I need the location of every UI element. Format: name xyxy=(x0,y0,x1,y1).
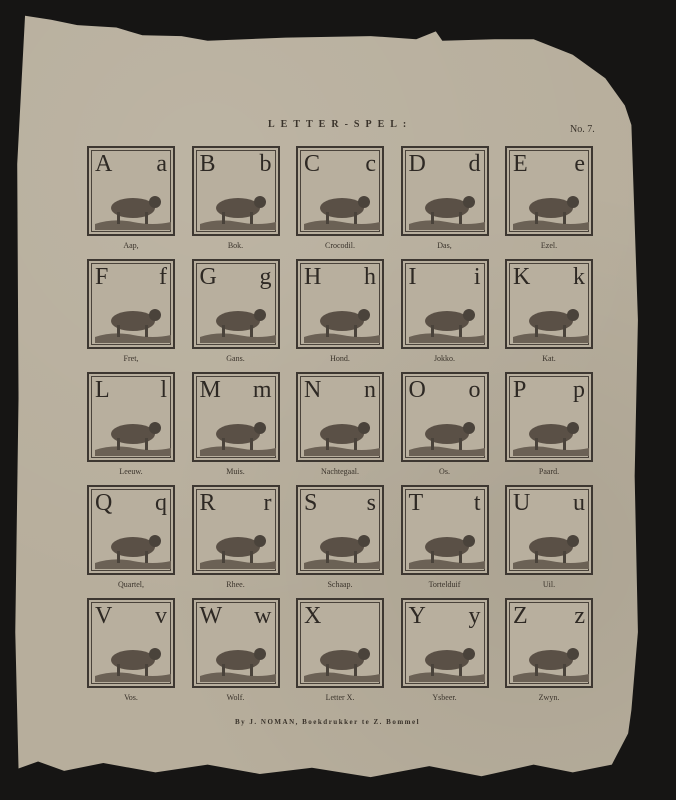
page-title: LETTER-SPEL: xyxy=(268,119,412,130)
uppercase-letter: V xyxy=(95,604,112,628)
caption: Leeuw. xyxy=(87,467,175,476)
uppercase-letter: U xyxy=(513,491,530,515)
letter-pair: Pp xyxy=(513,378,585,402)
lowercase-letter: k xyxy=(573,265,585,289)
letter-cell-p: PpPaard. xyxy=(505,372,597,485)
wolf-woodcut-icon xyxy=(198,630,278,682)
woodcut-frame: Uu xyxy=(505,485,593,575)
woodcut-frame: Ee xyxy=(505,146,593,236)
lowercase-letter: b xyxy=(260,152,272,176)
caption: Kat. xyxy=(505,354,593,363)
uppercase-letter: C xyxy=(304,152,320,176)
uppercase-letter: G xyxy=(200,265,217,289)
badger-woodcut-icon xyxy=(407,178,487,230)
uppercase-letter: P xyxy=(513,378,526,402)
letter-pair: Yy xyxy=(409,604,481,628)
cat-woodcut-icon xyxy=(511,291,591,343)
caption: Vos. xyxy=(87,693,175,702)
caption: Das, xyxy=(401,241,489,250)
caption: Bok. xyxy=(192,241,280,250)
letter-cell-h: HhHond. xyxy=(296,259,388,372)
letter-cell-u: UuUil. xyxy=(505,485,597,598)
woodcut-frame: Ll xyxy=(87,372,175,462)
letter-cell-l: LlLeeuw. xyxy=(87,372,179,485)
letter-cell-a: AaAap, xyxy=(87,146,179,259)
letter-pair: Hh xyxy=(304,265,376,289)
lowercase-letter: l xyxy=(160,378,167,402)
owl-woodcut-icon xyxy=(511,517,591,569)
uppercase-letter: M xyxy=(200,378,221,402)
letter-pair: Ii xyxy=(409,265,481,289)
letter-cell-z: ZzZwyn. xyxy=(505,598,597,711)
woodcut-frame: Ss xyxy=(296,485,384,575)
letter-cell-y: YyYsbeer. xyxy=(401,598,493,711)
grid-row: AaAap,BbBok.CcCrocodil.DdDas,EeEzel. xyxy=(87,146,597,259)
letter-cell-q: QqQuartel, xyxy=(87,485,179,598)
uppercase-letter: Y xyxy=(409,604,426,628)
lowercase-letter: y xyxy=(469,604,481,628)
goat-woodcut-icon xyxy=(198,178,278,230)
uppercase-letter: H xyxy=(304,265,321,289)
uppercase-letter: R xyxy=(200,491,216,515)
letter-pair: Uu xyxy=(513,491,585,515)
quail-woodcut-icon xyxy=(93,517,173,569)
mouse-trap-woodcut-icon xyxy=(198,404,278,456)
woodcut-frame: Ww xyxy=(192,598,280,688)
letter-pair: Vv xyxy=(95,604,167,628)
fox-woodcut-icon xyxy=(93,630,173,682)
lowercase-letter: g xyxy=(260,265,272,289)
lowercase-letter: z xyxy=(574,604,585,628)
lowercase-letter: o xyxy=(469,378,481,402)
pig-woodcut-icon xyxy=(511,630,591,682)
lowercase-letter: d xyxy=(469,152,481,176)
dog-woodcut-icon xyxy=(302,291,382,343)
letter-pair: Aa xyxy=(95,152,167,176)
letter-pair: Gg xyxy=(200,265,272,289)
caption: Ysbeer. xyxy=(401,693,489,702)
woodcut-frame: Aa xyxy=(87,146,175,236)
lowercase-letter: q xyxy=(155,491,167,515)
lion-woodcut-icon xyxy=(93,404,173,456)
letter-cell-e: EeEzel. xyxy=(505,146,597,259)
crocodile-woodcut-icon xyxy=(302,178,382,230)
lowercase-letter: r xyxy=(264,491,272,515)
caption: Uil. xyxy=(505,580,593,589)
letter-cell-x: XLetter X. xyxy=(296,598,388,711)
letter-pair: Rr xyxy=(200,491,272,515)
goose-woodcut-icon xyxy=(198,291,278,343)
lowercase-letter: u xyxy=(573,491,585,515)
woodcut-frame: Ff xyxy=(87,259,175,349)
ox-woodcut-icon xyxy=(407,404,487,456)
woodcut-frame: Ii xyxy=(401,259,489,349)
uppercase-letter: Q xyxy=(95,491,112,515)
letter-cell-i: IiJokko. xyxy=(401,259,493,372)
woodcut-frame: Gg xyxy=(192,259,280,349)
cherub-woodcut-icon xyxy=(302,630,382,682)
letter-cell-f: FfFret, xyxy=(87,259,179,372)
uppercase-letter: O xyxy=(409,378,426,402)
uppercase-letter: K xyxy=(513,265,530,289)
caption: Tortelduif xyxy=(401,580,489,589)
letter-pair: Nn xyxy=(304,378,376,402)
lowercase-letter: v xyxy=(155,604,167,628)
uppercase-letter: N xyxy=(304,378,321,402)
caption: Rhee. xyxy=(192,580,280,589)
letter-pair: Ll xyxy=(95,378,167,402)
letter-cell-d: DdDas, xyxy=(401,146,493,259)
lowercase-letter: t xyxy=(474,491,481,515)
letter-pair: Ff xyxy=(95,265,167,289)
uppercase-letter: E xyxy=(513,152,528,176)
letter-cell-b: BbBok. xyxy=(192,146,284,259)
lowercase-letter: i xyxy=(474,265,481,289)
woodcut-frame: Mm xyxy=(192,372,280,462)
uppercase-letter: T xyxy=(409,491,424,515)
lowercase-letter: h xyxy=(364,265,376,289)
sheep-woodcut-icon xyxy=(302,517,382,569)
caption: Jokko. xyxy=(401,354,489,363)
uppercase-letter: X xyxy=(304,604,321,628)
woodcut-frame: Nn xyxy=(296,372,384,462)
dove-woodcut-icon xyxy=(407,517,487,569)
letter-cell-s: SsSchaap. xyxy=(296,485,388,598)
letter-cell-c: CcCrocodil. xyxy=(296,146,388,259)
letter-pair: Cc xyxy=(304,152,376,176)
polar-bear-woodcut-icon xyxy=(407,630,487,682)
caption: Letter X. xyxy=(296,693,384,702)
uppercase-letter: F xyxy=(95,265,108,289)
woodcut-frame: Dd xyxy=(401,146,489,236)
letter-pair: Tt xyxy=(409,491,481,515)
caption: Paard. xyxy=(505,467,593,476)
caption: Gans. xyxy=(192,354,280,363)
horse-woodcut-icon xyxy=(511,404,591,456)
man-woodcut-icon xyxy=(407,291,487,343)
caption: Wolf. xyxy=(192,693,280,702)
uppercase-letter: D xyxy=(409,152,426,176)
caption: Fret, xyxy=(87,354,175,363)
letter-pair: Dd xyxy=(409,152,481,176)
woodcut-frame: Pp xyxy=(505,372,593,462)
lowercase-letter: f xyxy=(159,265,167,289)
ferret-woodcut-icon xyxy=(93,291,173,343)
woodcut-frame: Kk xyxy=(505,259,593,349)
caption: Muis. xyxy=(192,467,280,476)
woodcut-frame: Vv xyxy=(87,598,175,688)
lowercase-letter: w xyxy=(254,604,271,628)
grid-row: QqQuartel,RrRhee.SsSchaap.TtTortelduifUu… xyxy=(87,485,597,598)
letter-pair: Mm xyxy=(200,378,272,402)
grid-row: LlLeeuw.MmMuis.NnNachtegaal.OoOs.PpPaard… xyxy=(87,372,597,485)
woodcut-frame: Bb xyxy=(192,146,280,236)
uppercase-letter: L xyxy=(95,378,110,402)
letter-pair: Ww xyxy=(200,604,272,628)
lowercase-letter: m xyxy=(253,378,272,402)
uppercase-letter: Z xyxy=(513,604,528,628)
letter-cell-n: NnNachtegaal. xyxy=(296,372,388,485)
letter-pair: Qq xyxy=(95,491,167,515)
monkey-woodcut-icon xyxy=(93,178,173,230)
letter-cell-w: WwWolf. xyxy=(192,598,284,711)
caption: Os. xyxy=(401,467,489,476)
letter-cell-g: GgGans. xyxy=(192,259,284,372)
lowercase-letter: c xyxy=(365,152,376,176)
printer-imprint: By J. NOMAN, Boekdrukker te Z. Bommel xyxy=(235,718,420,726)
letter-pair: Ss xyxy=(304,491,376,515)
letter-cell-r: RrRhee. xyxy=(192,485,284,598)
caption: Hond. xyxy=(296,354,384,363)
woodcut-frame: Qq xyxy=(87,485,175,575)
letter-cell-m: MmMuis. xyxy=(192,372,284,485)
letter-pair: Zz xyxy=(513,604,585,628)
woodcut-frame: Zz xyxy=(505,598,593,688)
caption: Crocodil. xyxy=(296,241,384,250)
caption: Schaap. xyxy=(296,580,384,589)
letter-pair: X xyxy=(304,604,376,628)
letter-cell-v: VvVos. xyxy=(87,598,179,711)
woodcut-frame: Rr xyxy=(192,485,280,575)
alphabet-grid: AaAap,BbBok.CcCrocodil.DdDas,EeEzel.FfFr… xyxy=(87,146,597,711)
uppercase-letter: B xyxy=(200,152,216,176)
uppercase-letter: S xyxy=(304,491,317,515)
caption: Ezel. xyxy=(505,241,593,250)
lowercase-letter: s xyxy=(367,491,376,515)
uppercase-letter: A xyxy=(95,152,112,176)
lowercase-letter: a xyxy=(156,152,167,176)
lowercase-letter: n xyxy=(364,378,376,402)
woodcut-frame: Oo xyxy=(401,372,489,462)
letter-pair: Bb xyxy=(200,152,272,176)
plate-number: No. 7. xyxy=(570,124,595,135)
letter-pair: Ee xyxy=(513,152,585,176)
lowercase-letter: e xyxy=(574,152,585,176)
woodcut-frame: Hh xyxy=(296,259,384,349)
uppercase-letter: W xyxy=(200,604,223,628)
letter-cell-t: TtTortelduif xyxy=(401,485,493,598)
letter-cell-k: KkKat. xyxy=(505,259,597,372)
letter-pair: Kk xyxy=(513,265,585,289)
caption: Nachtegaal. xyxy=(296,467,384,476)
caption: Zwyn. xyxy=(505,693,593,702)
donkey-woodcut-icon xyxy=(511,178,591,230)
lowercase-letter: p xyxy=(573,378,585,402)
grid-row: FfFret,GgGans.HhHond.IiJokko.KkKat. xyxy=(87,259,597,372)
woodcut-frame: Yy xyxy=(401,598,489,688)
letter-cell-o: OoOs. xyxy=(401,372,493,485)
uppercase-letter: I xyxy=(409,265,417,289)
woodcut-frame: Cc xyxy=(296,146,384,236)
deer-woodcut-icon xyxy=(198,517,278,569)
caption: Quartel, xyxy=(87,580,175,589)
letter-pair: Oo xyxy=(409,378,481,402)
woodcut-frame: Tt xyxy=(401,485,489,575)
grid-row: VvVos.WwWolf.XLetter X.YyYsbeer.ZzZwyn. xyxy=(87,598,597,711)
woodcut-frame: X xyxy=(296,598,384,688)
nightingale-woodcut-icon xyxy=(302,404,382,456)
caption: Aap, xyxy=(87,241,175,250)
